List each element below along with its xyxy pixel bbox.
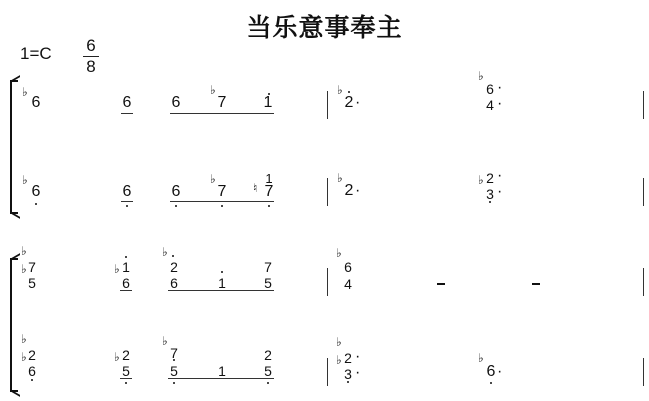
note: 6 [120,275,132,291]
underline-eighth-group [168,290,274,291]
barline [327,91,328,119]
low-octave-dot [489,201,491,203]
underline-eighth [120,290,132,291]
note: 6 [170,95,182,111]
note: 6 [484,81,496,97]
flat-icon: ♭ [210,84,216,96]
underline-eighth-group [168,378,274,379]
note: 2 [342,350,354,366]
brace-bracket-icon [10,80,18,214]
flat-icon: ♭ [114,351,120,363]
flat-icon: ♭ [478,174,484,186]
note: 7 [262,259,274,275]
time-denominator: 8 [82,57,100,77]
note: 1 [216,275,228,291]
note: 7 [216,95,228,111]
barline [327,178,328,206]
time-numerator: 6 [82,36,100,56]
note: 1 [120,259,132,275]
barline [643,91,644,119]
augmentation-dot: · [355,365,360,381]
barline [643,358,644,386]
augmentation-dot: · [497,96,502,112]
augmentation-dot: · [497,184,502,200]
note: 6 [30,95,42,111]
augmentation-dot: · [355,95,360,111]
note: 6 [121,184,133,200]
flat-icon: ♭ [162,246,168,258]
note: 2 [26,347,38,363]
note: 4 [484,97,496,113]
augmentation-dot: · [497,364,502,380]
note: 5 [120,363,132,379]
low-octave-dot [35,203,37,205]
low-octave-dot [221,205,223,207]
low-octave-dot [175,205,177,207]
note: 2 [168,259,180,275]
low-octave-dot [31,379,33,381]
underline-eighth [120,378,132,379]
high-octave-dot [172,255,174,257]
note: 5 [26,275,38,291]
note: 6 [121,95,133,111]
note: 4 [342,276,354,292]
flat-icon: ♭ [21,351,27,363]
brace-bracket-icon [10,258,18,392]
flat-icon: ♭ [210,173,216,185]
flat-icon: ♭ [21,263,27,275]
high-octace-dot [348,91,350,93]
note: 5 [262,275,274,291]
augmentation-dot: · [355,349,360,365]
flat-icon: ♭ [336,336,342,348]
flat-icon: ♭ [21,245,27,257]
note: 7 [26,259,38,275]
note: 2 [343,95,355,111]
high-octave-dot [221,271,223,273]
note: 1 [216,363,228,379]
low-octave-dot [173,382,175,384]
low-octave-dot [490,382,492,384]
note: 7 [263,184,275,200]
augmentation-dot: · [497,168,502,184]
flat-icon: ♭ [22,174,28,186]
low-octave-dot [126,205,128,207]
note: 2 [262,347,274,363]
note: 5 [168,363,180,379]
barline [327,268,328,296]
note: 6 [170,184,182,200]
augmentation-dot: · [497,80,502,96]
natural-icon: ♮ [253,182,257,194]
note: 5 [262,363,274,379]
underline-eighth [121,113,133,114]
low-octave-dot [267,382,269,384]
flat-icon: ♭ [114,263,120,275]
note: 1 [262,95,274,111]
low-octave-dot [347,381,349,383]
note: 2 [484,170,496,186]
extension-dash [532,283,540,285]
flat-icon: ♭ [478,70,484,82]
flat-icon: ♭ [336,247,342,259]
note: 6 [26,363,38,379]
key-signature: 1=C [20,44,52,64]
note: 6 [485,364,497,380]
note: 6 [30,184,42,200]
note: 7 [216,184,228,200]
low-octave-dot [173,359,175,361]
flat-icon: ♭ [22,86,28,98]
note: 2 [120,347,132,363]
note: 3 [342,366,354,382]
note: 6 [342,259,354,275]
flat-icon: ♭ [162,335,168,347]
low-octave-dot [125,382,127,384]
underline-eighth [121,201,133,202]
time-signature: 6 8 [82,36,100,77]
high-octave-dot [125,256,127,258]
note: 6 [168,275,180,291]
extension-dash [437,283,445,285]
flat-icon: ♭ [21,333,27,345]
barline [643,268,644,296]
augmentation-dot: · [355,183,360,199]
flat-icon: ♭ [337,84,343,96]
barline [643,178,644,206]
note: 2 [343,183,355,199]
underline-eighth-group [170,113,274,114]
flat-icon: ♭ [478,352,484,364]
flat-icon: ♭ [336,354,342,366]
note: 3 [484,186,496,202]
barline [327,358,328,386]
low-octave-dot [268,205,270,207]
flat-icon: ♭ [337,172,343,184]
underline-eighth-group [170,201,274,202]
